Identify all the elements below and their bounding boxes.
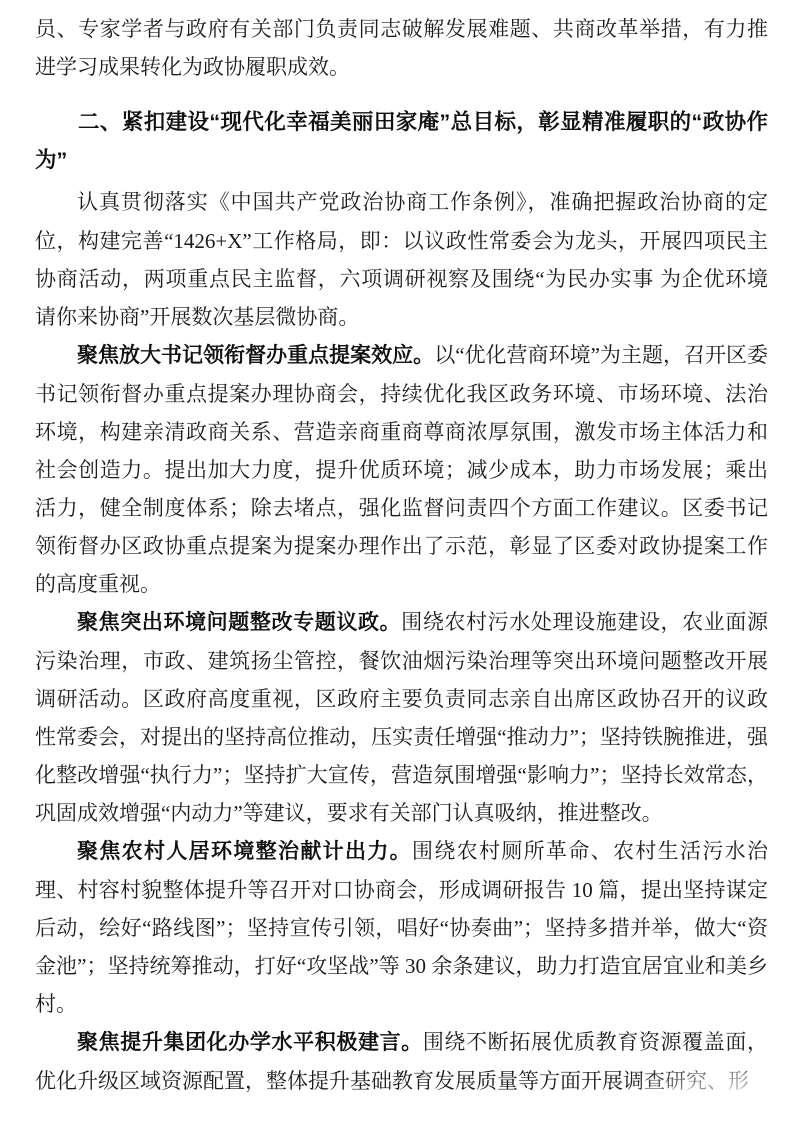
paragraph-lead: 聚焦放大书记领衔督办重点提案效应。	[77, 344, 434, 367]
paragraph-text: 以“优化营商环境”为主题，召开区委书记领衔督办重点提案办理协商会，持续优化我区政…	[35, 343, 768, 596]
paragraph-text: 围绕农村厕所革命、农村生活污水治理、村容村貌整体提升等召开对口协商会，形成调研报…	[35, 839, 768, 1016]
paragraph-text: 围绕农村污水处理设施建设，农业面源污染治理，市政、建筑扬尘管控，餐饮油烟污染治理…	[35, 610, 768, 825]
section-heading: 二、紧扣建设“现代化幸福美丽田家庵”总目标，彰显精准履职的“政协作为”	[35, 103, 768, 179]
body-paragraph: 聚焦农村人居环境整治献计出力。围绕农村厕所革命、农村生活污水治理、村容村貌整体提…	[35, 832, 768, 1023]
document-page: 员、专家学者与政府有关部门负责同志破解发展难题、共商改革举措，有力推进学习成果转…	[0, 0, 793, 1122]
body-paragraph: 聚焦突出环境问题整改专题议政。围绕农村污水处理设施建设，农业面源污染治理，市政、…	[35, 603, 768, 832]
paragraph-lead: 聚焦突出环境问题整改专题议政。	[77, 611, 401, 634]
body-paragraph: 聚焦放大书记领衔督办重点提案效应。以“优化营商环境”为主题，召开区委书记领衔督办…	[35, 336, 768, 603]
document-body: 员、专家学者与政府有关部门负责同志破解发展难题、共商改革举措，有力推进学习成果转…	[35, 10, 768, 1100]
paragraph-lead: 聚焦提升集团化办学水平积极建言。	[77, 1031, 423, 1054]
body-paragraph: 聚焦提升集团化办学水平积极建言。围绕不断拓展优质教育资源覆盖面，优化升级区域资源…	[35, 1023, 768, 1100]
paragraph-lead: 聚焦农村人居环境整治献计出力。	[77, 840, 412, 863]
paragraph-text: 认真贯彻落实《中国共产党政治协商工作条例》，准确把握政治协商的定位，构建完善“1…	[35, 190, 768, 329]
body-paragraph: 认真贯彻落实《中国共产党政治协商工作条例》，准确把握政治协商的定位，构建完善“1…	[35, 183, 768, 336]
continuation-paragraph: 员、专家学者与政府有关部门负责同志破解发展难题、共商改革举措，有力推进学习成果转…	[35, 10, 768, 86]
